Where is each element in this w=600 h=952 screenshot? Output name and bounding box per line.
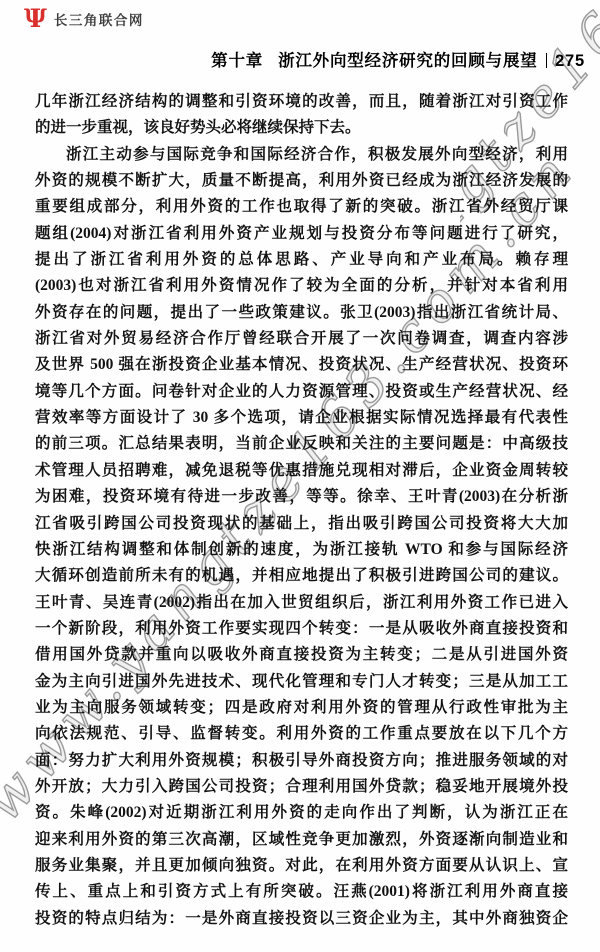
text-line: 浙江主动参与国际竞争和国际经济合作，积极发展外向型经济，利用 <box>35 142 568 168</box>
text-line: 借用国外贷款并重向以吸收外商直接投资为主转变；二是从引进国外资 <box>35 642 568 668</box>
chapter-title: 浙江外向型经济研究的回顾与展望 <box>278 52 538 70</box>
text-line: 一个新阶段，利用外资工作要实现四个转变：一是从吸收外商直接投资和 <box>35 616 568 642</box>
site-name: 长三角联合网 <box>54 9 144 29</box>
text-line: 面：努力扩大利用外资规模；积极引导外商投资方向；推进服务领域的对 <box>35 748 568 774</box>
document-page: www.yangtze163.com.cn www.yangtze163.com… <box>0 0 600 952</box>
page-number: 275 <box>555 52 585 70</box>
text-line: 资。朱峰(2002)对近期浙江利用外资的走向作出了判断，认为浙江正在 <box>35 800 568 826</box>
text-line: 营效率等方面设计了 30 多个选项，请企业根据实际情况选择最有代表性 <box>35 405 568 431</box>
text-line: 投资的特点归结为：一是外商直接投资以三资企业为主，其中外商独资企 <box>35 906 568 932</box>
text-line: 术管理人员招聘难，减免退税等优惠措施兑现相对滞后，企业资金周转较 <box>35 458 568 484</box>
chapter-label: 第十章 <box>211 52 263 70</box>
text-line: 的进一步重视，该良好势头必将继续保持下去。 <box>35 115 568 141</box>
text-line: 大循环创造前所未有的机遇，并相应地提出了积极引进跨国公司的建议。 <box>35 563 568 589</box>
text-line: 金为主向引进国外先进技术、现代化管理和专门人才转变；三是从加工工 <box>35 669 568 695</box>
text-line: 快浙江结构调整和体制创新的速度，为浙江接轨 WTO 和参与国际经济 <box>35 537 568 563</box>
text-line: 的前三项。汇总结果表明，当前企业反映和关注的主要问题是：中高级技 <box>35 431 568 457</box>
text-line: 服务业集聚，并且更加倾向独资。对此，在利用外资方面要从认识上、宣 <box>35 853 568 879</box>
text-line: 江省吸引跨国公司投资现状的基础上，指出吸引跨国公司投资将大大加 <box>35 511 568 537</box>
page-number-divider <box>546 53 548 68</box>
text-line: 境等几个方面。问卷针对企业的人力资源管理、投资或生产经营状况、经 <box>35 379 568 405</box>
text-line: 迎来利用外资的第三次高潮，区域性竞争更加激烈，外资逐渐向制造业和 <box>35 827 568 853</box>
chapter-heading: 第十章浙江外向型经济研究的回顾与展望275 <box>211 47 585 71</box>
text-line: 为困难，投资环境有待进一步改善，等等。徐幸、王叶青(2003)在分析浙 <box>35 484 568 510</box>
text-line: 向依法规范、引导、监督转变。利用外资的工作重点要放在以下几个方 <box>35 721 568 747</box>
text-line: 王叶青、吴连青(2002)指出在加入世贸组织后，浙江利用外资工作已进入 <box>35 590 568 616</box>
text-line: 重要组成部分，利用外资的工作也取得了新的突破。浙江省外经贸厅课 <box>35 194 568 220</box>
text-line: 外开放；大力引入跨国公司投资；合理利用国外贷款；稳妥地开展境外投 <box>35 774 568 800</box>
page-body: 几年浙江经济结构的调整和引资环境的改善，而且，随着浙江对引资工作的进一步重视，该… <box>35 89 568 932</box>
text-line: 业为主向服务领域转变；四是政府对利用外资的管理从行政性审批为主 <box>35 695 568 721</box>
site-logo: Ψ 长三角联合网 <box>24 6 144 31</box>
text-line: 外资的规模不断扩大，质量不断提高，利用外资已经成为浙江经济发展的 <box>35 168 568 194</box>
text-line: 浙江省对外贸易经济合作厅曾经联合开展了一次问卷调查，调查内容涉 <box>35 326 568 352</box>
text-line: 提出了浙江省利用外资的总体思路、产业导向和产业布局。赖存理 <box>35 247 568 273</box>
text-line: 题组(2004)对浙江省利用外资产业规划与投资分布等问题进行了研究， <box>35 221 568 247</box>
trident-psi-icon: Ψ <box>24 6 47 31</box>
text-line: 几年浙江经济结构的调整和引资环境的改善，而且，随着浙江对引资工作 <box>35 89 568 115</box>
text-line: 外资存在的问题，提出了一些政策建议。张卫(2003)指出浙江省统计局、 <box>35 300 568 326</box>
text-line: 及世界 500 强在浙投资企业基本情况、投资状况、生产经营状况、投资环 <box>35 352 568 378</box>
text-line: 传上、重点上和引资方式上有所突破。汪燕(2001)将浙江利用外商直接 <box>35 879 568 905</box>
text-line: (2003)也对浙江省利用外资情况作了较为全面的分析，并针对本省利用 <box>35 273 568 299</box>
